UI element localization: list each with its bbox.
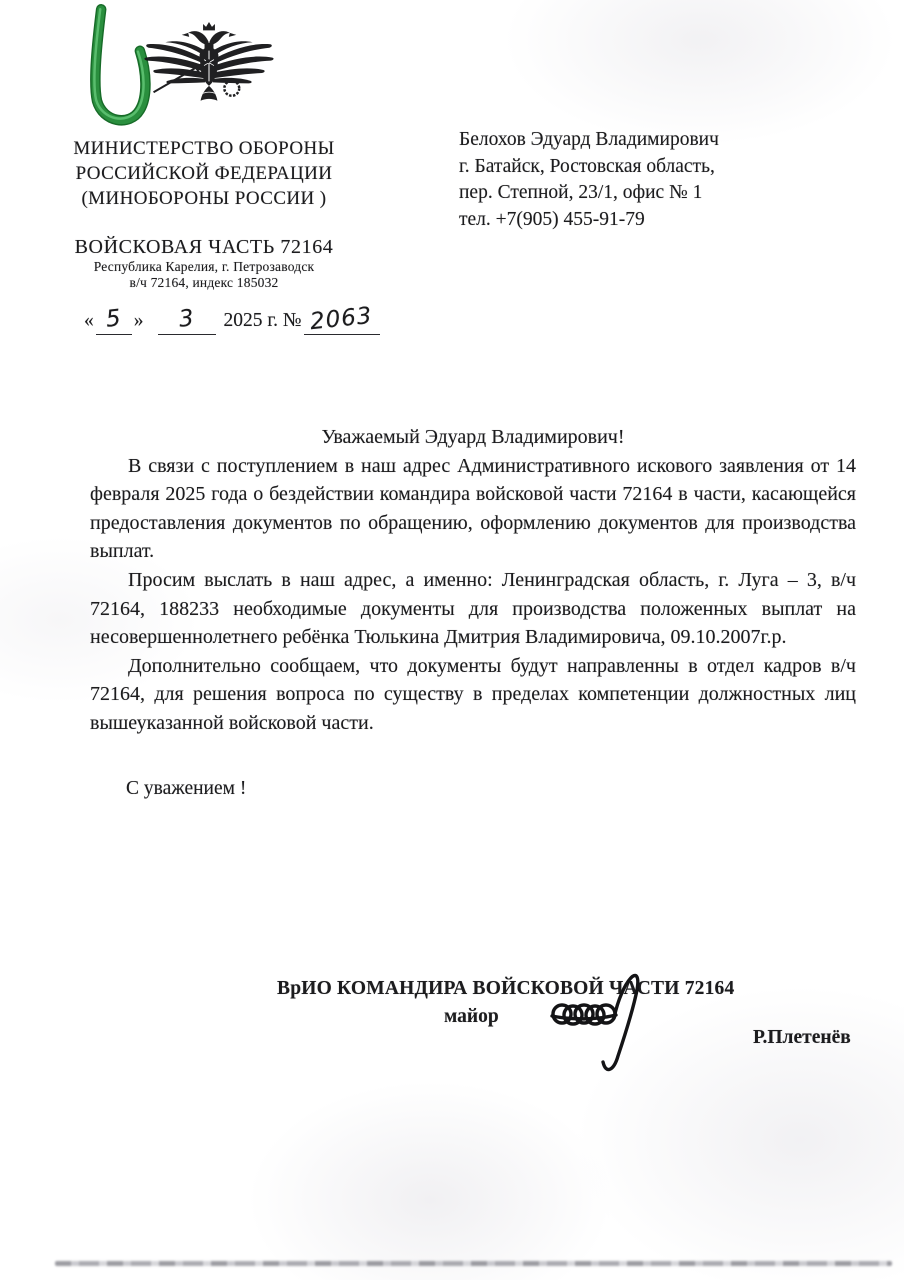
open-quote: «: [82, 310, 96, 332]
handwritten-month: 3: [158, 306, 216, 335]
reference-dateline: « 5 » 3 2025 г. № 2063: [82, 306, 380, 335]
closing-phrase: С уважением !: [126, 778, 246, 800]
recipient-street: пер. Степной, 23/1, офис № 1: [459, 180, 869, 207]
body-paragraph-1: В связи с поступлением в наш адрес Админ…: [90, 452, 856, 566]
org-name-line1: МИНИСТЕРСТВО ОБОРОНЫ: [70, 136, 338, 161]
org-name-line2: РОССИЙСКОЙ ФЕДЕРАЦИИ: [70, 161, 338, 186]
signer-rank: майор: [444, 1006, 499, 1028]
letterhead: МИНИСТЕРСТВО ОБОРОНЫ РОССИЙСКОЙ ФЕДЕРАЦИ…: [70, 136, 338, 291]
handwritten-day: 5: [96, 306, 132, 335]
body-paragraph-3: Дополнительно сообщаем, что документы бу…: [90, 652, 856, 738]
handwritten-outgoing-number: 2063: [304, 306, 380, 335]
double-headed-eagle-emblem-icon: [134, 18, 284, 122]
recipient-phone: тел. +7(905) 455-91-79: [459, 207, 869, 234]
signer-name: Р.Плетенёв: [753, 1027, 851, 1049]
unit-title: ВОЙСКОВАЯ ЧАСТЬ 72164: [70, 236, 338, 259]
recipient-block: Белохов Эдуард Владимирович г. Батайск, …: [459, 127, 869, 233]
recipient-name: Белохов Эдуард Владимирович: [459, 127, 869, 154]
year-and-number-label: 2025 г. №: [224, 310, 302, 332]
unit-address-line2: в/ч 72164, индекс 185032: [70, 275, 338, 291]
scanned-letter-page: МИНИСТЕРСТВО ОБОРОНЫ РОССИЙСКОЙ ФЕДЕРАЦИ…: [0, 0, 904, 1280]
salutation: Уважаемый Эдуард Владимирович!: [90, 423, 856, 452]
recipient-city: г. Батайск, Ростовская область,: [459, 154, 869, 181]
handwritten-signature: [548, 958, 660, 1082]
org-name-line3: (МИНОБОРОНЫ РОССИИ ): [70, 186, 338, 211]
letter-body: Уважаемый Эдуард Владимирович! В связи с…: [90, 423, 856, 738]
unit-address-line1: Республика Карелия, г. Петрозаводск: [70, 259, 338, 275]
body-paragraph-2: Просим выслать в наш адрес, а именно: Ле…: [90, 566, 856, 652]
signer-position-line: ВрИО КОМАНДИРА ВОЙСКОВОЙ ЧАСТИ 72164: [277, 978, 734, 1000]
scan-bottom-edge-artifact: [55, 1261, 892, 1266]
close-quote: »: [132, 310, 146, 332]
